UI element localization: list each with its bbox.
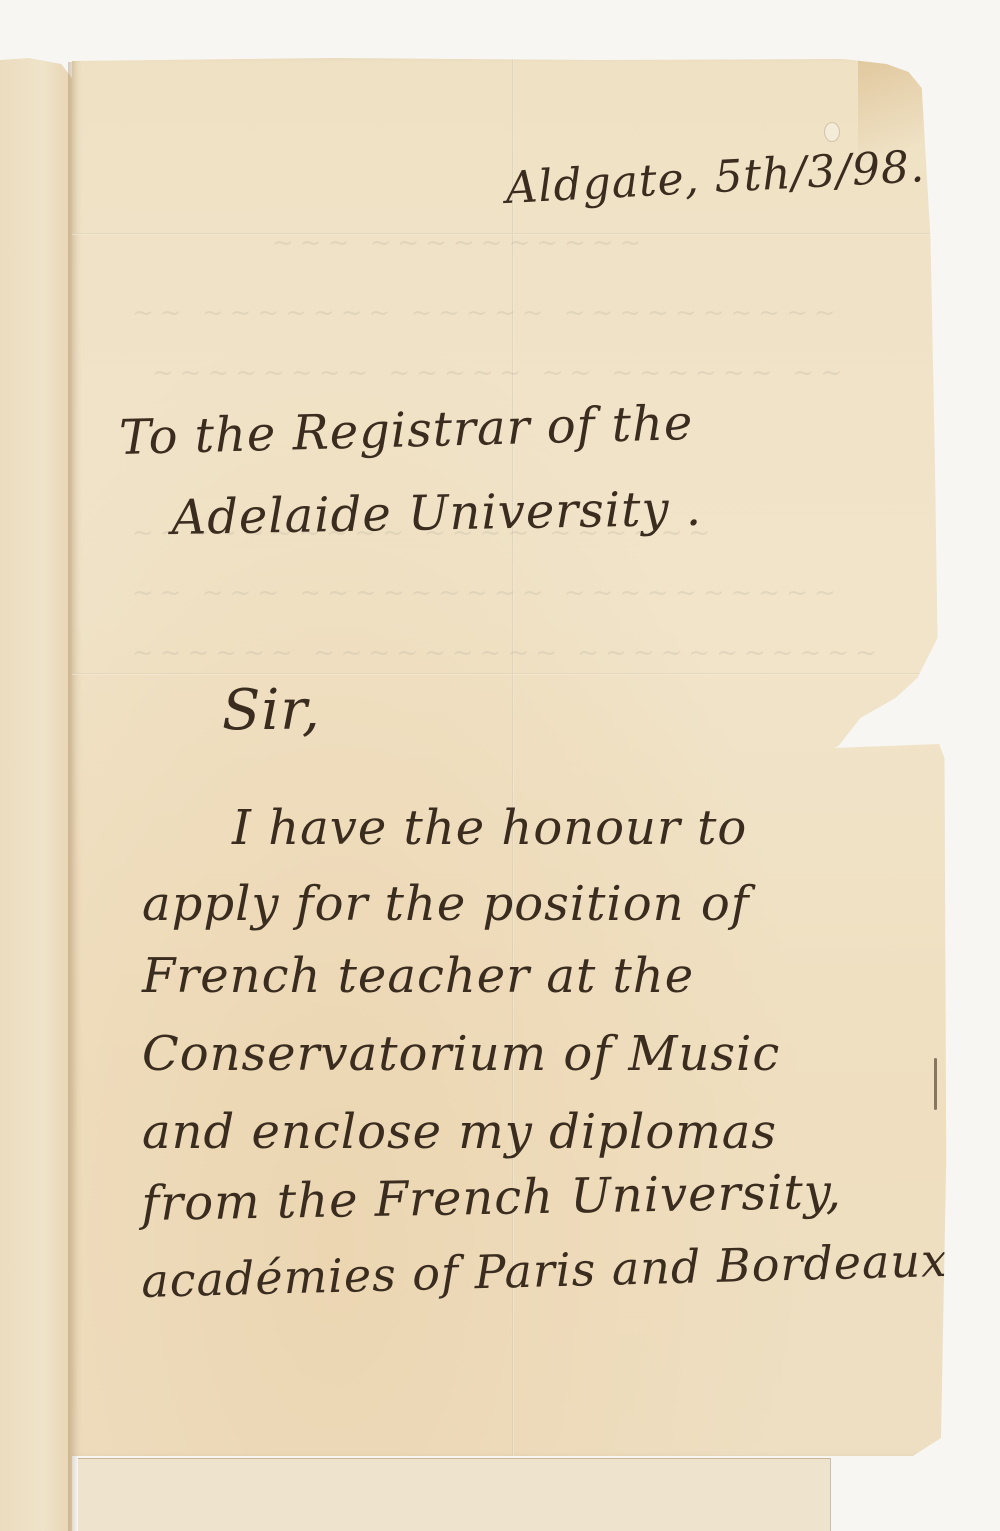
body-line: Conservatorium of Music	[142, 1026, 780, 1082]
bleed-through-text: ~~ ~~~ ~~~~~~~~~ ~~~~~~~~~~	[132, 578, 842, 608]
paper-stain	[824, 122, 840, 142]
margin-ink-mark	[934, 1058, 937, 1110]
underlying-sheet	[78, 1458, 831, 1531]
body-line: from the French University,	[141, 1164, 842, 1232]
letter-page: ~~~ ~~~~~~~~~~ ~~ ~~~~~~~ ~~~~~ ~~~~~~~~…	[72, 58, 948, 1456]
addressee-line: Adelaide University .	[171, 481, 703, 546]
addressee-line: To the Registrar of the	[119, 395, 694, 466]
bleed-through-text: ~~ ~~~~~~~ ~~~~~ ~~~~~~~~~~	[132, 298, 842, 328]
body-line: and enclose my diplomas	[142, 1104, 777, 1160]
bleed-through-text: ~~~ ~~~~~~~~~~	[272, 228, 647, 258]
body-line: apply for the position of	[142, 876, 750, 932]
left-facing-page	[0, 58, 72, 1531]
bleed-through-text: ~~~~~~ ~~~~~~~~~ ~~~~~~~~~~~	[132, 638, 883, 668]
body-line: French teacher at the	[142, 948, 694, 1004]
bleed-through-text: ~~~~~~~~ ~~~~~ ~~ ~~~~~~ ~~	[152, 358, 848, 388]
body-line: I have the honour to	[232, 800, 747, 856]
salutation: Sir,	[222, 678, 321, 743]
body-line: académies of Paris and Bordeaux	[141, 1233, 949, 1308]
horizontal-fold-line	[72, 673, 948, 675]
place-date: Aldgate, 5th/3/98.	[504, 141, 926, 214]
